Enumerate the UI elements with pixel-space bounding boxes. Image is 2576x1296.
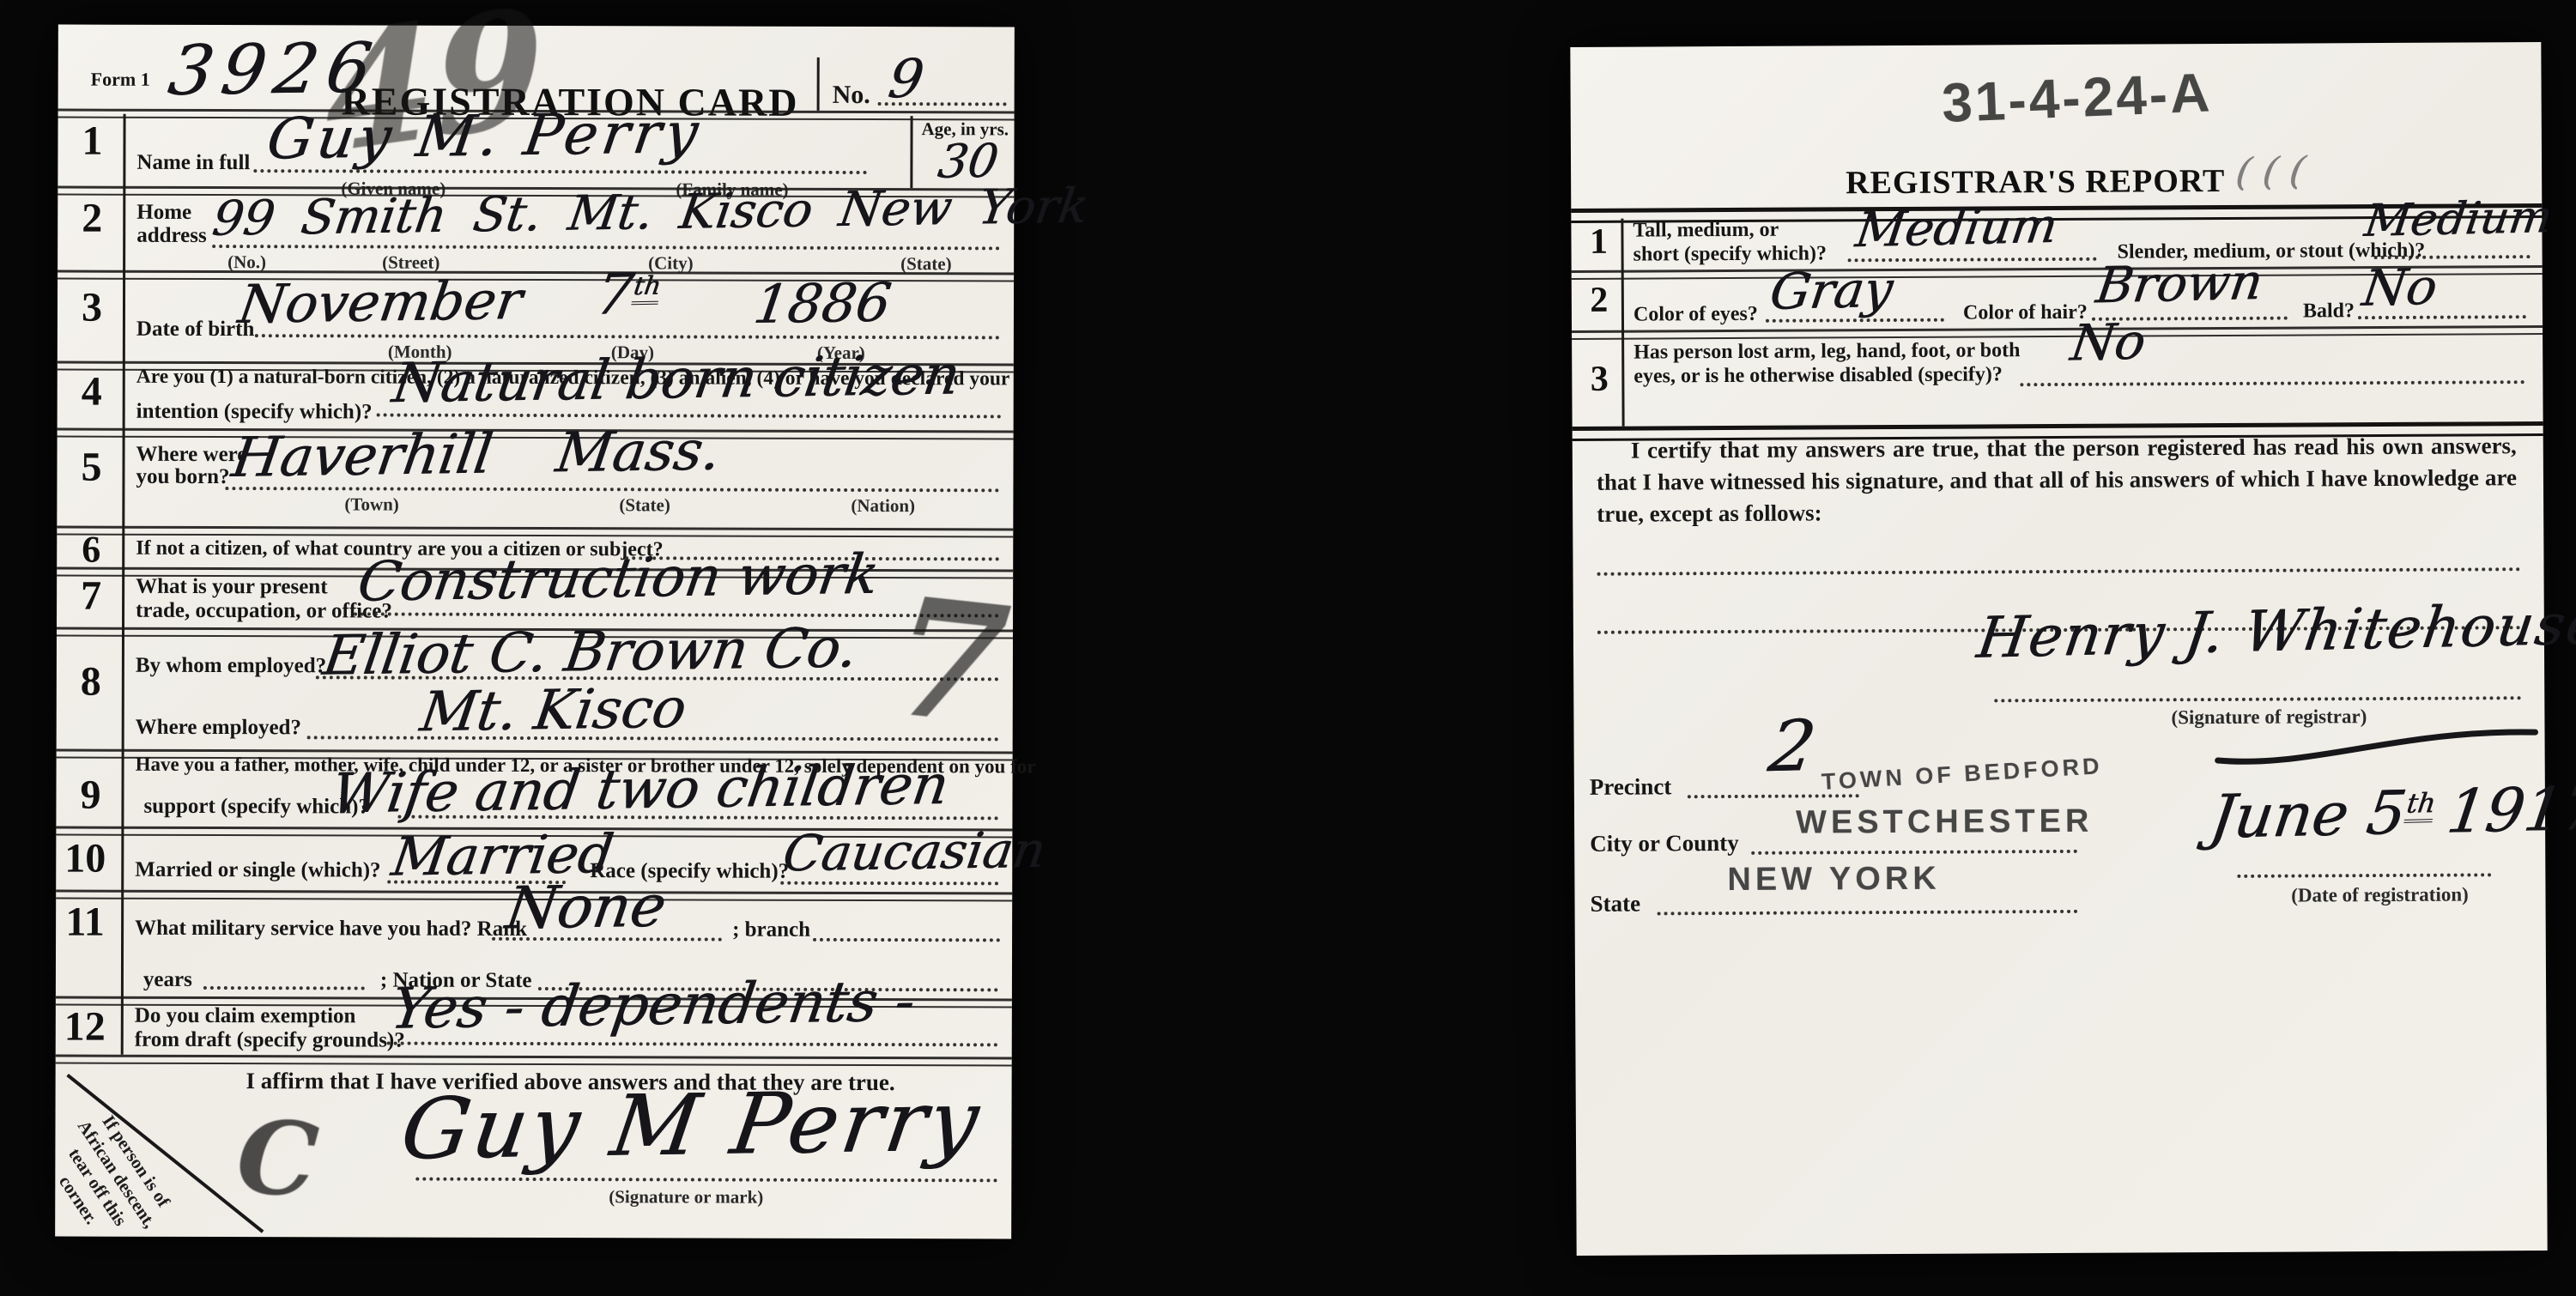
row9-number: 9: [64, 775, 116, 816]
precinct-dotted-line: [1688, 794, 1859, 798]
where-employed-label: Where employed?: [136, 717, 301, 740]
exemption-answer-handwritten: Yes - dependents -: [387, 973, 918, 1038]
date-day-suffix: th: [2404, 789, 2437, 824]
file-number-stamp: 31-4-24-A: [1845, 61, 2310, 135]
certification-paragraph: I certify that my answers are true, that…: [1597, 430, 2518, 530]
city-county-dotted-line: [1751, 850, 2077, 855]
exemption-label-2: from draft (specify grounds)?: [135, 1029, 405, 1052]
home-label-1: Home: [136, 202, 191, 224]
age-box-line: [910, 116, 912, 188]
trade-label-1: What is your present: [136, 576, 327, 599]
born-state-sublabel: (State): [619, 494, 670, 516]
build-answer-handwritten: Medium: [2362, 195, 2555, 244]
disabled-answer-handwritten: No: [2068, 317, 2149, 368]
row5-rule: [57, 526, 1013, 538]
number-column-line: [121, 114, 126, 1055]
row2-number: 2: [66, 198, 118, 239]
citizen-question-2: intention (specify which)?: [136, 401, 373, 424]
employer-label: By whom employed?: [136, 655, 326, 678]
dob-month-handwritten: November: [235, 274, 525, 331]
city-county-label: City or County: [1590, 831, 1739, 856]
disabled-label-1: Has person lost arm, leg, hand, foot, or…: [1633, 340, 2020, 364]
row5-number: 5: [65, 447, 117, 488]
date-of-registration-sublabel: (Date of registration): [2251, 883, 2508, 907]
signature-flourish: [2209, 720, 2552, 773]
report-row2-number: 2: [1573, 282, 1625, 318]
employer-answer-handwritten: Elliot C. Brown Co.: [320, 621, 861, 684]
dob-dotted-line: [255, 334, 1000, 339]
bald-answer-handwritten: No: [2360, 262, 2440, 313]
branch-dotted-line: [813, 938, 1000, 942]
home-address-handwritten: 99 Smith St. Mt. Kisco New York: [209, 183, 1091, 244]
registrant-signature-handwritten: Guy M Perry: [397, 1080, 987, 1172]
years-dotted-line: [203, 986, 365, 990]
disabled-label-2: eyes, or is he otherwise disabled (speci…: [1633, 364, 2003, 387]
report-title: REGISTRAR'S REPORT: [1846, 162, 2223, 202]
row8-number: 8: [65, 662, 117, 703]
born-nation-sublabel: (Nation): [851, 495, 915, 517]
row12-number: 12: [59, 1007, 111, 1048]
branch-label: ; branch: [732, 919, 810, 942]
overwrite-scrawl-mark: 49: [323, 0, 547, 176]
report-row1-number: 1: [1573, 224, 1624, 260]
date-month-day: June 5: [2206, 778, 2410, 852]
home-label-2: address: [136, 225, 207, 247]
corner-mark-c-handwritten: C: [233, 1105, 321, 1212]
eyes-label: Color of eyes?: [1633, 304, 1758, 326]
report-row3-number: 3: [1573, 361, 1625, 397]
height-answer-handwritten: Medium: [1852, 203, 2060, 255]
signature-dotted-line: [415, 1178, 997, 1183]
where-employed-answer-handwritten: Mt. Kisco: [417, 681, 689, 741]
citizen-answer-handwritten: Natural born citizen: [389, 348, 963, 412]
married-label: Married or single (which)?: [135, 859, 380, 882]
report-row2-rule: [1572, 325, 2543, 340]
address-dotted-line: [212, 245, 1000, 250]
hair-answer-handwritten: Brown: [2094, 257, 2266, 310]
born-label-1: Where were: [136, 444, 247, 467]
row1-number: 1: [66, 121, 118, 162]
born-answer-handwritten: Haverhill Mass.: [228, 424, 724, 486]
registrar-signature-handwritten: Henry J. Whitehouse: [1974, 596, 2576, 666]
eyes-answer-handwritten: Gray: [1767, 264, 1896, 317]
date-dotted-line: [2237, 873, 2491, 878]
row11-number: 11: [59, 902, 111, 943]
no-value-handwritten: 9: [885, 52, 926, 106]
height-label-1: Tall, medium, or: [1633, 220, 1779, 242]
signature-sublabel: (Signature or mark): [544, 1186, 827, 1208]
no-label: No.: [833, 82, 870, 109]
dob-day-suffix: th: [631, 270, 663, 304]
precinct-label: Precinct: [1590, 774, 1672, 799]
exemption-label-1: Do you claim exemption: [135, 1005, 356, 1028]
row4-number: 4: [66, 372, 118, 413]
hair-label: Color of hair?: [1963, 302, 2088, 324]
form-number-label: Form 1: [91, 70, 150, 89]
westchester-stamp: WESTCHESTER: [1796, 805, 2094, 839]
race-answer-handwritten: Caucasian: [780, 825, 1049, 878]
precinct-value-handwritten: 2: [1765, 712, 1819, 783]
years-label: years: [143, 969, 192, 991]
exemption-dotted-line: [387, 1042, 998, 1047]
registrar-signature-dotted-line: [1994, 696, 2521, 702]
scanned-draft-registration-document: { "page": { "background_color": "#070707…: [0, 0, 2576, 1296]
registration-card-front: Form 1 3926 49 REGISTRATION CARD No. 9 1…: [55, 25, 1015, 1239]
dob-day-handwritten: 7th: [592, 266, 664, 324]
exceptions-blank-line-1: [1597, 567, 2521, 576]
row3-number: 3: [66, 288, 118, 329]
trade-answer-handwritten: Construction work: [355, 548, 882, 610]
bald-label: Bald?: [2303, 300, 2355, 323]
state-label: State: [1590, 892, 1640, 917]
military-label: What military service have you had? Rank: [135, 917, 527, 941]
registrar-report-card: 31-4-24-A REGISTRAR'S REPORT ( ( ( 1 Tal…: [1570, 42, 2547, 1256]
military-rank-answer-handwritten: None: [502, 878, 670, 939]
name-label: Name in full: [136, 152, 250, 175]
born-label-2: you born?: [136, 466, 229, 489]
town-of-bedford-stamp: TOWN OF BEDFORD: [1821, 754, 2103, 794]
born-town-sublabel: (Town): [344, 494, 398, 515]
row7-number: 7: [65, 576, 117, 617]
pen-marks: ( ( (: [2234, 153, 2307, 192]
row10-number: 10: [59, 839, 111, 880]
dob-year-handwritten: 1886: [750, 276, 894, 331]
pen-scrawl-seven: 7: [885, 575, 1015, 749]
date-year: 1917: [2443, 773, 2576, 847]
new-york-stamp: NEW YORK: [1727, 863, 1941, 896]
row6-number: 6: [65, 531, 117, 569]
dependents-answer-handwritten: Wife and two children: [328, 758, 952, 822]
state-dotted-line: [1658, 910, 2078, 916]
age-value-handwritten: 30: [935, 138, 1001, 185]
registration-date-handwritten: June 5th1917: [2207, 778, 2576, 847]
header-divider-line: [817, 58, 820, 111]
disabled-dotted-line: [2020, 380, 2524, 386]
